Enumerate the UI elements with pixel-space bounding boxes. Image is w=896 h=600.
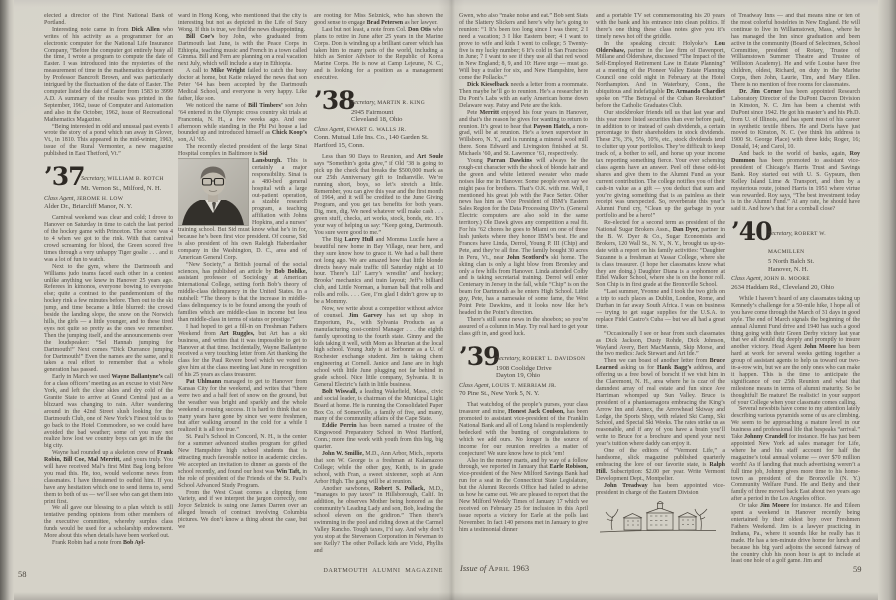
- text-run: “Last summer, Yvonne and I took the two …: [596, 289, 725, 330]
- classmate-name: Win Taft,: [276, 469, 300, 475]
- paragraph: Carnival weekend was clear and cold; I d…: [44, 215, 173, 263]
- text-run: While I haven’t heard of any classmates …: [731, 296, 860, 350]
- paragraph: Then we can boast of another letter from…: [596, 358, 725, 448]
- text-run: Pete: [467, 110, 480, 116]
- classmate-name: John Scotford’s: [507, 255, 549, 261]
- secretary-block: Secretary, ROBERT L. DAVIDSON1908 Coolid…: [496, 346, 588, 380]
- text-run: vice-president of the New Milford Saving…: [459, 471, 588, 532]
- class-heading-row: ’37Secretary, WILLIAM B. ROTCHMt. Vernon…: [44, 166, 173, 192]
- classmate-name: Bob Ayl-: [123, 540, 145, 546]
- class-agent-label: Class Agent,: [459, 382, 492, 389]
- text-run: ski home. The skiing clan is only a ligh…: [459, 255, 588, 316]
- secretary-label: Secretary,: [81, 175, 107, 182]
- classmate-name: Sid: [259, 151, 267, 157]
- text-run: for instance. He and Eileen spent a week…: [731, 503, 860, 564]
- text-run: of Treadway Inns — and that means nine o…: [731, 13, 860, 88]
- class-numeral-40: ’40: [731, 221, 768, 242]
- class-agent-line: Class Agent, JEROME H. LOW: [44, 195, 173, 203]
- portrait-photo-image: [178, 159, 248, 225]
- portrait-photo-sid-lansburgh: [178, 159, 248, 225]
- class-section-heading-39: ’39Secretary, ROBERT L. DAVIDSON1908 Coo…: [459, 346, 588, 398]
- text-run: as her lawyer.: [403, 20, 438, 26]
- class-agent-address-line: 70 Pine St., New York 5, N. Y.: [459, 390, 588, 397]
- secretary-address-line: 1908 Coolidge Drive: [496, 365, 588, 372]
- paragraph: In the speaking circuit: Holyoke’s Lou O…: [596, 41, 725, 110]
- class-agent-address-line: Hartford 15, Conn.: [314, 142, 443, 149]
- classmate-name: John W. Smillie,: [322, 451, 364, 457]
- page-number-59: 59: [853, 564, 862, 574]
- magazine-spread: elected a director of the First National…: [0, 0, 896, 600]
- text-run: Interesting note came in from: [52, 27, 132, 33]
- class-agent-line: Class Agent, LOUIS T. MERRIAM JR.: [459, 382, 588, 390]
- text-run: Carnival weekend was clear and cold; I d…: [44, 215, 173, 262]
- text-run: elected a director of the First National…: [44, 13, 173, 26]
- text-column-6: of Treadway Inns — and that means nine o…: [731, 13, 860, 595]
- text-column-3: are rooting for Miss Selznick, who has s…: [314, 13, 443, 595]
- classmate-name: Jim Moore: [760, 503, 789, 509]
- text-run: partner in the B. W. Dyer & Co., Sugar E…: [596, 227, 725, 288]
- secretary-block: Secretary, MARTIN R. KING2945 FairmountC…: [351, 90, 443, 124]
- classmate-name: Merritt: [480, 110, 499, 116]
- paragraph: “New Society,” a British journal of the …: [178, 262, 307, 324]
- paragraph: And back to the world of banks, again, R…: [731, 151, 860, 213]
- class-agent-name: JEROME H. LOW: [77, 196, 124, 202]
- secretary-address-line: 2945 Fairmount: [351, 109, 443, 116]
- classmate-name: Robert S. Pollack,: [374, 486, 425, 492]
- text-run: Next to the gym, where the Dartmouth and…: [44, 264, 173, 374]
- paragraph: Gwen, who also “make noise and eat.” Bob…: [459, 13, 588, 82]
- text-column-2: ward in Hong Kong, who mentioned that th…: [178, 13, 307, 595]
- paragraph: Less than 90 Days to Reunion, and Art So…: [314, 154, 443, 237]
- class-agent-name: JOHN B. MOORE: [764, 276, 810, 282]
- text-run: There’s still some news in the shoebox; …: [459, 317, 588, 337]
- paragraph: ward in Hong Kong, who mentioned that th…: [178, 13, 307, 34]
- class-agent-label: Class Agent,: [44, 195, 77, 202]
- class-numeral-38: ’38: [314, 90, 351, 111]
- classmate-name: Bill Timbers’: [248, 103, 283, 109]
- paragraph: One of the editors of “Vermont Life,” a …: [596, 448, 725, 483]
- text-run: has been promoted to assistant vice-pres…: [731, 158, 860, 212]
- text-column-1: elected a director of the First National…: [44, 13, 173, 595]
- text-run: for instance. He has just been appointed…: [731, 434, 860, 502]
- text-run: call for a class officers’ meeting as an…: [44, 374, 173, 449]
- paragraph: A call to Mike Wright failed to catch th…: [178, 68, 307, 103]
- classmate-name: John Moore: [804, 344, 836, 350]
- text-run: Early in March we used: [52, 374, 112, 380]
- secretary-address-line: Dayton 19, Ohio: [496, 372, 588, 379]
- secretary-address-line: Hanover, N. H.: [768, 266, 860, 273]
- paragraph: The Big Larry Hull and Momma Lucile have…: [314, 237, 443, 306]
- text-run: managed to get to Hanover from Kansas Ci…: [178, 379, 307, 433]
- paragraph: “Last summer, Yvonne and I took the two …: [596, 289, 725, 330]
- paragraph: Last but not least, a note from Col. Don…: [314, 27, 443, 82]
- secretary-label: Secretary,: [496, 355, 522, 362]
- text-run: Frank Robin had a note from: [52, 540, 123, 546]
- class-agent-block: Class Agent, JOHN B. MOORE2634 Haddam Rd…: [731, 275, 860, 291]
- paragraph: “Being interested in odd and unusual pas…: [44, 124, 173, 159]
- secretary-name: WILLIAM B. ROTCH: [107, 176, 163, 182]
- class-agent-label: Class Agent,: [314, 126, 347, 133]
- secretary-name: ROBERT L. DAVIDSON: [522, 356, 585, 362]
- class-agent-address-line: Conn. Mutual Life Ins. Co., 140 Garden S…: [314, 134, 443, 141]
- classmate-name: Payson Hatch,: [533, 124, 570, 130]
- paragraph: The recently elected president of the la…: [178, 144, 307, 158]
- paragraph: St. Paul’s School in Concord, N. H., is …: [178, 434, 307, 489]
- paragraph: Pat Uhlmann managed to get to Hanover fr…: [178, 379, 307, 434]
- class-section-heading-38: ’38Secretary, MARTIN R. KING2945 Fairmou…: [314, 90, 443, 149]
- text-run: son, Al ’65.: [178, 137, 206, 143]
- secretary-label: Secretary,: [351, 99, 377, 106]
- secretary-line: Secretary, WILLIAM B. ROTCH: [81, 167, 173, 185]
- text-run: who writes of his activity as a programm…: [44, 27, 173, 123]
- paragraph: While I haven’t heard of any classmates …: [731, 296, 860, 407]
- text-run: has been appointed Research Laboratory D…: [731, 89, 860, 150]
- paragraph: Young Parran Dawkins will always be the …: [459, 158, 588, 317]
- class-agent-label: Class Agent,: [731, 275, 764, 282]
- text-run: and yours truly. You will have received …: [44, 457, 173, 504]
- paragraph: Re-elected for a second term as presiden…: [596, 220, 725, 289]
- paragraph: Lansburgh. This is certainly a major res…: [178, 158, 307, 262]
- paragraph: Now, we write about a competitor without…: [314, 306, 443, 389]
- classmate-name: Dick Kieselback: [467, 82, 509, 88]
- text-run: has set up shop in Emporium, Pa., with S…: [314, 313, 443, 388]
- paragraph: elected a director of the First National…: [44, 13, 173, 27]
- class-section-heading-37: ’37Secretary, WILLIAM B. ROTCHMt. Vernon…: [44, 166, 173, 210]
- class-agent-line: Class Agent, JOHN B. MOORE: [731, 275, 860, 283]
- paragraph: Frank Robin had a note from Bob Ayl-: [44, 540, 173, 547]
- paragraph: We noticed the name of Bill Timbers’ son…: [178, 103, 307, 144]
- paragraph: of Treadway Inns — and that means nine o…: [731, 13, 860, 89]
- text-run: Another sawbones,: [322, 486, 374, 492]
- secretary-name: MARTIN R. KING: [377, 100, 425, 106]
- text-run: asking us for: [618, 365, 657, 371]
- classmate-name: Dan Dyer,: [673, 227, 699, 233]
- paragraph: Eddie Perrin has been named a trustee of…: [314, 423, 443, 451]
- class-section-heading-40: ’40Secretary, ROBERT W. MACMILLEN5 North…: [731, 221, 860, 291]
- classmate-name: Brad Petersen: [367, 20, 404, 26]
- paragraph: From the West Coast comes a clipping fro…: [178, 490, 307, 531]
- paragraph: We all gave our blessing to a plan which…: [44, 505, 173, 540]
- text-column-5: and a portable TV set commemorating his …: [596, 13, 725, 595]
- text-run: Or take: [739, 503, 760, 509]
- text-run: will always be the rough-cut character w…: [459, 158, 588, 261]
- paper-edge-right: [878, 0, 896, 600]
- text-run: Our stockbroker friends tell us that las…: [596, 110, 725, 220]
- text-run: And back to the world of banks, again,: [739, 151, 850, 157]
- text-column-4: Gwen, who also “make noise and eat.” Bob…: [459, 13, 588, 595]
- secretary-address-line: 5 North Balch St.: [768, 258, 860, 265]
- text-run: Subscription: $2.00 per year. Write Verm…: [596, 469, 725, 482]
- classmate-name: Dick Allen: [132, 27, 160, 33]
- text-run: From the West Coast comes a clipping fro…: [178, 490, 307, 531]
- classmate-name: John Treadway: [604, 483, 648, 489]
- issue-month: April: [488, 563, 510, 573]
- classmate-name: Hank Bagg’s: [657, 365, 691, 371]
- text-run: has been promoted to assistant vice-pres…: [459, 409, 588, 456]
- classmate-name: Pat Uhlmann: [186, 379, 221, 385]
- text-run: One of the editors of “Vermont Life,” a …: [596, 448, 725, 468]
- classmate-name: Bob Bohlke,: [274, 269, 307, 275]
- paragraph: Pete Merritt enjoyed his four years in H…: [459, 110, 588, 158]
- secretary-block: Secretary, ROBERT W. MACMILLEN5 North Ba…: [768, 221, 860, 273]
- text-run: Less than 90 Days to Reunion, and: [322, 154, 417, 160]
- paragraph: Also in the money marts, and by way of a…: [459, 458, 588, 534]
- paragraph: Several newsbits have come to my attenti…: [731, 406, 860, 503]
- campus-buildings-sketch-image: [598, 501, 718, 541]
- classmate-name: Honest Jack Coulson,: [508, 409, 565, 415]
- classmate-name: Larry Hull: [345, 237, 374, 243]
- classmate-name: Art Soule: [417, 154, 443, 160]
- text-run: ward in Hong Kong, who mentioned that th…: [178, 13, 307, 33]
- secretary-block: Secretary, WILLIAM B. ROTCHMt. Vernon St…: [81, 166, 173, 192]
- paragraph: are rooting for Miss Selznick, who has s…: [314, 13, 443, 27]
- text-run: partner in the law firm of Davenport, Mi…: [596, 48, 725, 95]
- class-numeral-37: ’37: [44, 166, 81, 187]
- paragraph: John Treadway has been appointed vice-pr…: [596, 483, 725, 497]
- classmate-name: Dr. Jim Corner: [739, 89, 782, 95]
- paragraph: John W. Smillie, M.D., Ann Arbor, Mich.,…: [314, 451, 443, 486]
- secretary-line: Secretary, ROBERT L. DAVIDSON: [496, 347, 588, 365]
- secretary-address-line: Mt. Vernon St., Milford, N. H.: [81, 185, 173, 192]
- text-run: A call to: [186, 68, 211, 74]
- paragraph: Dr. Jim Corner has been appointed Resear…: [731, 89, 860, 151]
- classmate-name: Jim Garvey: [349, 313, 383, 319]
- text-run: assistant professor of Sociology at Amer…: [178, 275, 307, 322]
- text-run: We all gave our blessing to a plan which…: [44, 505, 173, 539]
- secretary-address-line: Cleveland 18, Ohio: [351, 116, 443, 123]
- classmate-name: Chick Koop’s: [272, 130, 307, 136]
- class-agent-line: Class Agent, EWART G. WALLS JR.: [314, 126, 443, 134]
- secretary-line: Secretary, MARTIN R. KING: [351, 91, 443, 109]
- text-run: Last but not least, a note from Col.: [322, 27, 408, 33]
- text-run: The Big: [322, 237, 345, 243]
- issue-line: Issue of April 1963: [460, 563, 529, 573]
- paragraph: Our stockbroker friends tell us that las…: [596, 110, 725, 221]
- page-number-58: 58: [18, 569, 27, 579]
- paper-edge-left: [0, 0, 14, 600]
- paragraph: I had hoped to get a fill-in on Freshman…: [178, 324, 307, 379]
- classmate-name: Wayne Ballantyne’s: [112, 374, 163, 380]
- class-agent-name: LOUIS T. MERRIAM JR.: [492, 383, 557, 389]
- classmate-name: Bolt Wiswall,: [322, 389, 357, 395]
- paragraph: Or take Jim Moore for instance. He and E…: [731, 503, 860, 565]
- magazine-title-footer: DARTMOUTH ALUMNI MAGAZINE: [314, 567, 443, 574]
- paragraph: Wayne had rounded up a skeleton crew of …: [44, 450, 173, 505]
- classmate-name: Parran Dawkins: [487, 158, 532, 164]
- text-run: and a portable TV set commemorating his …: [596, 13, 725, 40]
- paragraph: Interesting note came in from Dick Allen…: [44, 27, 173, 124]
- text-run: M.D., “manages to pay taxes” in Hillsbor…: [314, 486, 443, 554]
- classmate-name: Mike Wright: [211, 68, 245, 74]
- text-run: Then we can boast of another letter from: [604, 358, 710, 364]
- issue-year: 1963: [512, 563, 529, 573]
- text-run: In the speaking circuit: Holyoke’s: [604, 41, 715, 47]
- classmate-name: Johnny Crandell: [744, 434, 787, 440]
- paragraph: Bolt Wiswall, a leading Wakefield, Mass.…: [314, 389, 443, 424]
- classmate-name: Art Ruggles,: [220, 331, 255, 337]
- text-run: says “Somethin’s gotta give,” if Old ’38…: [314, 161, 443, 236]
- paragraph: Bill Coe’s boy John, who graduated from …: [178, 34, 307, 69]
- paragraph: Early in March we used Wayne Ballantyne’…: [44, 374, 173, 450]
- class-agent-block: Class Agent, LOUIS T. MERRIAM JR.70 Pine…: [459, 382, 588, 398]
- paragraph: and a portable TV set commemorating his …: [596, 13, 725, 41]
- class-heading-row: ’38Secretary, MARTIN R. KING2945 Fairmou…: [314, 90, 443, 124]
- text-run: has been hard at work for several weeks …: [731, 344, 860, 405]
- classmate-name: Bill Coe’s: [186, 34, 214, 40]
- text-run: “Being interested in odd and unusual pas…: [44, 124, 173, 158]
- class-agent-address-line: 2634 Haddam Rd., Cleveland 20, Ohio: [731, 284, 860, 291]
- secretary-line: Secretary, ROBERT W. MACMILLEN: [768, 222, 860, 258]
- class-agent-block: Class Agent, JEROME H. LOWAlder Dr., Bri…: [44, 195, 173, 211]
- text-run: but Art has a ski business, and writes t…: [178, 331, 307, 378]
- class-agent-block: Class Agent, EWART G. WALLS JR.Conn. Mut…: [314, 126, 443, 149]
- classmate-name: Don Otis: [408, 27, 431, 33]
- text-run: address, and offering us a free bowl of …: [596, 365, 725, 447]
- paragraph: That watchdog of the people’s purses, yo…: [459, 402, 588, 457]
- class-heading-row: ’39Secretary, ROBERT L. DAVIDSON1908 Coo…: [459, 346, 588, 380]
- text-run: Wayne had rounded up a skeleton crew of: [52, 450, 157, 456]
- class-agent-address-line: Alder Dr., Briarcliff Manor, N. Y.: [44, 203, 173, 210]
- text-run: The recently elected president of the la…: [178, 144, 307, 157]
- paragraph: Another sawbones, Robert S. Pollack, M.D…: [314, 486, 443, 555]
- paragraph: Dick Kieselback needs a letter from a ro…: [459, 82, 588, 110]
- campus-buildings-sketch: [598, 501, 718, 541]
- text-run: We noticed the name of: [186, 103, 248, 109]
- classmate-name: Earle Robison,: [550, 464, 588, 470]
- text-run: who plans to retire in June after 25 yea…: [314, 27, 443, 81]
- classmate-name: Eddie Perrin: [322, 423, 357, 429]
- text-run: and Momma Lucile have a beautiful new ho…: [314, 237, 443, 305]
- classmate-name: Lansburgh.: [252, 158, 282, 164]
- class-numeral-39: ’39: [459, 346, 496, 367]
- class-agent-name: EWART G. WALLS JR.: [347, 127, 407, 133]
- paragraph: Next to the gym, where the Dartmouth and…: [44, 264, 173, 375]
- text-run: Gwen, who also “make noise and eat.” Bob…: [459, 13, 588, 81]
- issue-prefix: Issue of: [460, 563, 486, 573]
- classmate-name: Dr. Armando Chardiet: [666, 89, 725, 95]
- text-run: “Occasionally I see or hear from such cl…: [596, 331, 725, 358]
- text-run: spoke on “The Betrayal of the Cuban Revo…: [596, 96, 725, 109]
- secretary-label: Secretary,: [768, 230, 794, 237]
- paragraph: There’s still some news in the shoebox; …: [459, 317, 588, 338]
- class-heading-row: ’40Secretary, ROBERT W. MACMILLEN5 North…: [731, 221, 860, 273]
- paragraph: “Occasionally I see or hear from such cl…: [596, 331, 725, 359]
- text-run: Young: [467, 158, 487, 164]
